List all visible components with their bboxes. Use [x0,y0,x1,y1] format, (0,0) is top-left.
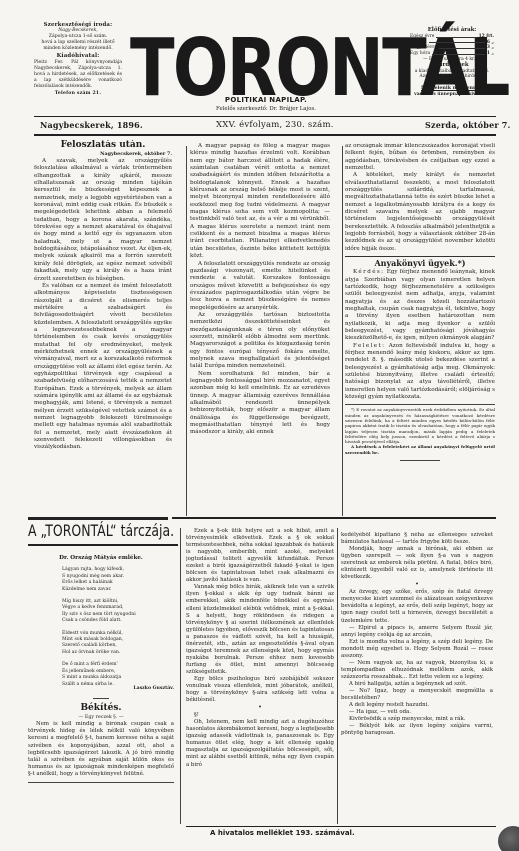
feuilleton-column-2: Ezek a §-ok ütik helyre azt a sok hibát,… [186,528,334,826]
paragraph: az országnak immár kilenczszázados koron… [345,143,495,172]
dateline-rule [34,134,496,136]
paragraph: Nem is kell mindig a birónak csupán csak… [28,721,174,779]
lead-article-column-2: A magyar papság és főleg a magyar magas … [190,143,330,516]
dateline-place-year: Nagybecskerek, 1896. [40,120,143,130]
feuilleton-heading: A „TORONTÁL“ tárczája. [28,522,145,540]
story-end-rule [28,782,174,783]
feuilleton-top-rule [28,517,168,520]
ads-text: a kiadóhivatalban fogadtatnak el. Azonkí… [410,69,494,86]
answer-text: Azon feltevésből indulva ki, hogy a férj… [345,343,495,400]
lead-article-column-1: Feloszlatás után. Nagybecskerek, október… [34,140,172,516]
poem-stanza: Míg hiszy itt, azt kiöltni,Végye a kedve… [62,599,174,625]
newspaper-subtitle: POLITIKAI NAPILAP. [130,96,402,104]
column-divider [180,528,181,824]
answer-label: Felelet: [353,343,385,349]
paragraph: Ezek a §-ok ütik helyre azt a sok hibát,… [186,528,334,584]
paragraph: Ezt is mondta volna a legény, a szép del… [341,639,493,660]
question-text: Egy férjhez menendő leánynak, kinek atyj… [345,269,495,341]
paragraph: Oh, Istenem, nem kell mindig azt a dugóh… [186,719,334,768]
paragraph: A biró hallgatja, aztán a legénynek ad s… [341,681,493,688]
paragraph: — Béklyót kék az ilyen legény szájára va… [341,723,493,737]
poem: Dr. Ország Mátyás emléke. Lágyan rajta, … [28,555,174,782]
paragraph: kedélyéből kipattanó § néha az ellensége… [341,532,493,546]
editor-line: Felelős szerkesztő: Dr. Brájjer Lajos. [130,106,402,112]
supplement-note: A hivatalos melléklet 193. számával. [210,829,355,837]
dateline-volume-issue: XXV. évfolyam, 230. szám. [216,120,334,130]
poem-stanza: De ő mint a férfi érdem'És jelleműnek em… [62,662,174,688]
poem-stanza: Éldestt vón munka nélkül,Mint sok másak … [62,631,174,657]
bottom-rule [186,826,496,827]
schedule-text: vasár- és ünnepnapot kivéve ... [410,92,494,98]
publisher-text: Pleitz Fer. Pál könyvnyomdája Nagybecske… [34,60,122,90]
paragraph: Egy bölcs pszihologus biró szobájából so… [186,676,334,704]
masthead-rule [34,116,496,117]
telephone-number: Telefon szám 21. [34,91,122,97]
column-divider [337,528,338,824]
dateline-date: Szerda, október 7. [425,120,511,130]
lead-article-location: Nagybecskerek, október 7. [34,151,172,158]
paragraph: — No? Igaz, hogy a menyecskét megmóllta … [341,688,493,702]
lead-article-column-3: az országnak immár kilenczszázados koron… [345,143,495,516]
lead-article-headline: Feloszlatás után. [34,140,172,151]
poem-stanza: Lágyan rajta, hogy kifesdi,S nyugodni mé… [62,567,174,593]
short-divider [400,460,440,461]
column-divider [342,146,343,516]
paragraph: A deli legény restelt hazudni. [341,702,493,709]
paragraph: És valóban ez a nemzet és imént feloszla… [34,283,172,452]
poem-title: Dr. Ország Mátyás emléke. [28,555,174,561]
schedule-heading: Megjelenik mindennap [410,86,494,92]
paragraph: Vannak még bölcs birák, akiknek tele van… [186,584,334,676]
paragraph: Az özvegy, egy szőke, erős, szép és fiat… [341,589,493,624]
paragraph: A köteléket, mely királyt és nemzetet el… [345,172,495,253]
ink-blot [498,826,519,851]
paragraph: A magyar papság és főleg a magyar magas … [190,143,330,261]
registry-footnote: *) E rovatot az anyakönyvvezetők ezek ér… [345,404,495,455]
masthead-office-info: Szerkesztőségi iroda: Nagy-Becskerek, Zá… [34,22,122,97]
paragraph: Az országgyülés tartósan biztositotta ne… [190,312,330,371]
registry-heading: Anyakönyvi ügyek.*) [345,256,495,269]
editorial-note: hová a lap szellemi részét illető minden… [34,40,122,52]
question-label: Kérdés: [353,269,384,275]
column-divider [186,146,187,516]
masthead-subscription-info: Előfizetési árak: Egész évre12 frt. Félé… [410,28,494,98]
paragraph: — Nem vagyok az, ha az vagyok, bizonyits… [341,660,493,681]
feuilleton-column-3: kedélyéből kipattanó § néha az ellensége… [341,532,493,822]
feuilleton-heading-rule [28,544,178,546]
paragraph: Mondják, hogy annak a birónak, aki ebben… [341,546,493,581]
story-subtitle: — Egy reczek §. — [28,714,174,721]
paragraph: A feloszlatott országgyülés rendezte az … [190,261,330,312]
feuilleton-top-rule [172,517,496,519]
section-dot: • [186,704,334,712]
short-divider [93,698,109,699]
story-heading: Békítés. [28,703,174,714]
newspaper-page: Szerkesztőségi iroda: Nagy-Becskerek, Zá… [0,0,519,851]
paragraph: Nem sorolhatunk fel minden, bár a legnag… [190,371,330,437]
paragraph: — Elpirul a pipacs is, amerre Selyem Roz… [341,625,493,639]
paragraph: A szavak, melyek az országgyűlés feloszl… [34,158,172,283]
